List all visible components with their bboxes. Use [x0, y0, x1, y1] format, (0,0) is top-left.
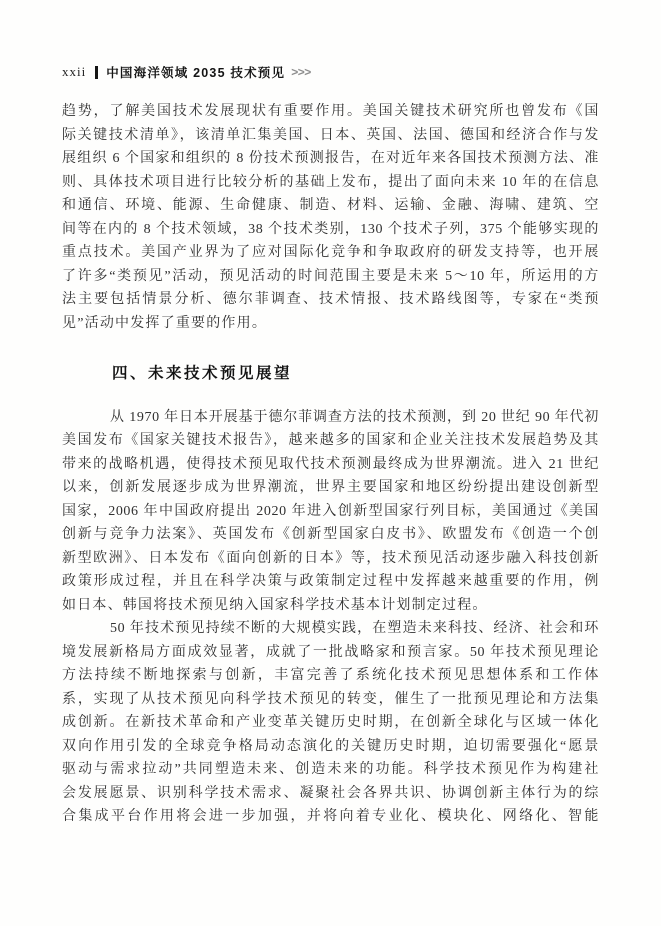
- page-number: xxii: [62, 64, 86, 80]
- text-line: 系，实现了从技术预见向科学技术预见的转变，催生了一批预见理论和方法集: [62, 688, 599, 712]
- text-line: 从 1970 年日本开展基于德尔菲调查方法的技术预测，到 20 世纪 90 年代…: [62, 406, 599, 430]
- section-heading: 四、未来技术预见展望: [112, 362, 599, 386]
- text-line: 驱动与需求拉动”共同塑造未来、创造未来的功能。科学技术预见作为构建社: [62, 758, 599, 782]
- text-line: 国家，2006 年中国政府提出 2020 年进入创新型国家行列目标，美国通过《美…: [62, 500, 599, 524]
- text-line: 和通信、环境、能源、生命健康、制造、材料、运输、金融、海啸、建筑、空: [62, 194, 599, 218]
- text-line: 了许多“类预见”活动，预见活动的时间范围主要是未来 5～10 年，所运用的方: [62, 265, 599, 289]
- text-line: 际关键技术清单》，该清单汇集美国、日本、英国、法国、德国和经济合作与发: [62, 124, 599, 148]
- text-line: 见”活动中发挥了重要的作用。: [62, 312, 599, 336]
- text-line: 趋势，了解美国技术发展现状有重要作用。美国关键技术研究所也曾发布《国: [62, 100, 599, 124]
- text-line: 法主要包括情景分析、德尔菲调查、技术情报、技术路线图等，专家在“类预: [62, 288, 599, 312]
- page-header: xxii ┃ 中国海洋领域 2035 技术预见 >>>: [62, 63, 599, 81]
- text-line: 则、具体技术项目进行比较分析的基础上发布，提出了面向未来 10 年的在信息: [62, 171, 599, 195]
- page-body: 趋势，了解美国技术发展现状有重要作用。美国关键技术研究所也曾发布《国际关键技术清…: [62, 100, 599, 829]
- text-line: 合集成平台作用将会进一步加强，并将向着专业化、模块化、网络化、智能: [62, 805, 599, 829]
- paragraph: 从 1970 年日本开展基于德尔菲调查方法的技术预测，到 20 世纪 90 年代…: [62, 406, 599, 618]
- text-line: 会发展愿景、识别科学技术需求、凝聚社会各界共识、协调创新主体行为的综: [62, 782, 599, 806]
- text-line: 间等在内的 8 个技术领域，38 个技术类别，130 个技术子列，375 个能够…: [62, 218, 599, 242]
- text-line: 新型欧洲》、日本发布《面向创新的日本》等，技术预见活动逐步融入科技创新: [62, 547, 599, 571]
- text-line: 重点技术。美国产业界为了应对国际化竞争和争取政府的研发支持等，也开展: [62, 241, 599, 265]
- book-title: 中国海洋领域 2035 技术预见: [106, 63, 285, 81]
- text-line: 50 年技术预见持续不断的大规模实践，在塑造未来科技、经济、社会和环: [62, 617, 599, 641]
- text-line: 方法持续不断地探索与创新，丰富完善了系统化技术预见思想体系和工作体: [62, 664, 599, 688]
- text-line: 境发展新格局方面成效显著，成就了一批战略家和预言家。50 年技术预见理论: [62, 641, 599, 665]
- text-line: 以来，创新发展逐步成为世界潮流，世界主要国家和地区纷纷提出建设创新型: [62, 476, 599, 500]
- text-line: 成创新。在新技术革命和产业变革关键历史时期，在创新全球化与区域一体化: [62, 711, 599, 735]
- paragraph: 50 年技术预见持续不断的大规模实践，在塑造未来科技、经济、社会和环境发展新格局…: [62, 617, 599, 829]
- text-line: 创新与竞争力法案》、英国发布《创新型国家白皮书》、欧盟发布《创造一个创: [62, 523, 599, 547]
- text-line: 双向作用引发的全球竞争格局动态演化的关键历史时期，迫切需要强化“愿景: [62, 735, 599, 759]
- text-line: 政策形成过程，并且在科学决策与政策制定过程中发挥越来越重要的作用，例: [62, 570, 599, 594]
- chevrons-right-icon: >>>: [291, 65, 311, 79]
- document-page: xxii ┃ 中国海洋领域 2035 技术预见 >>> 趋势，了解美国技术发展现…: [0, 0, 661, 926]
- text-line: 带来的战略机遇，使得技术预见取代技术预测最终成为世界潮流。进入 21 世纪: [62, 453, 599, 477]
- text-line: 美国发布《国家关键技术报告》，越来越多的国家和企业关注技术发展趋势及其: [62, 429, 599, 453]
- header-divider-bar: ┃: [95, 66, 98, 79]
- text-line: 如日本、韩国将技术预见纳入国家科学技术基本计划制定过程。: [62, 594, 599, 618]
- text-line: 展组织 6 个国家和组织的 8 份技术预测报告，在对近年来各国技术预测方法、准: [62, 147, 599, 171]
- paragraph: 趋势，了解美国技术发展现状有重要作用。美国关键技术研究所也曾发布《国际关键技术清…: [62, 100, 599, 335]
